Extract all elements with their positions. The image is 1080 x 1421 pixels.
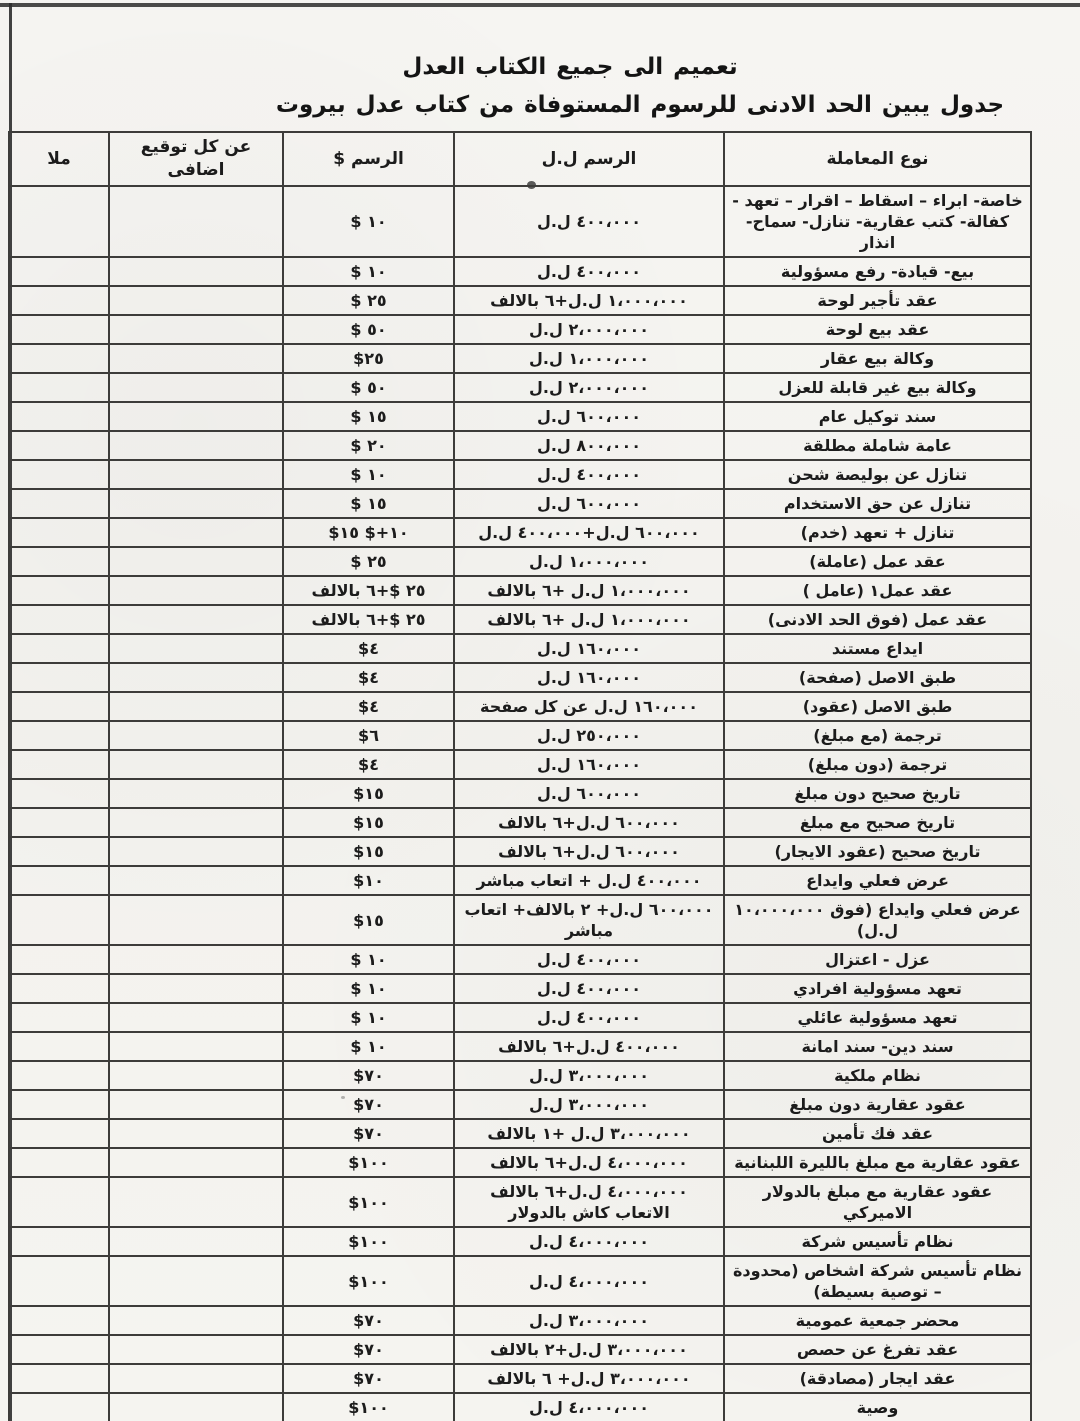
cell-transaction-type: عقود عقارية مع مبلغ بالليرة اللبنانية: [724, 1148, 1031, 1177]
cell-notes: [9, 1306, 109, 1335]
fee-usd-amount: $ ٢٥: [350, 291, 386, 310]
cell-transaction-type: عقد ايجار (مصادقة): [724, 1364, 1031, 1393]
table-row: عقود عقارية مع مبلغ بالدولار الاميركي ٤،…: [9, 1177, 1031, 1227]
fee-usd-amount: $ ٢٥: [389, 610, 425, 629]
table-row: عقد عمل١ (عامل ) ١،٠٠٠،٠٠٠ ل.ل +٦ بالالف…: [9, 576, 1031, 605]
table-row: تنازل + تعهد (خدم) ٦٠٠،٠٠٠ ل.ل+٤٠٠،٠٠٠ ل…: [9, 518, 1031, 547]
table-row: نظام تأسيس شركة اشخاص (محدودة – توصية بس…: [9, 1256, 1031, 1306]
table-row: ايداع مستند ١٦٠،٠٠٠ ل.ل $٤: [9, 634, 1031, 663]
cell-transaction-type: طبق الاصل (عقود): [724, 692, 1031, 721]
cell-notes: [9, 1061, 109, 1090]
fee-usd-amount: $١٥: [353, 813, 384, 832]
cell-fee-usd: $ ٢٥: [283, 547, 454, 576]
cell-fee-usd: $١٠٠: [283, 1177, 454, 1227]
cell-extra-signature: [109, 402, 283, 431]
cell-extra-signature: [109, 750, 283, 779]
cell-fee-ll: ١٦٠،٠٠٠ ل.ل: [454, 663, 724, 692]
cell-notes: [9, 1227, 109, 1256]
table-row: سند دين- سند امانة ٤٠٠،٠٠٠ ل.ل+٦ بالالف …: [9, 1032, 1031, 1061]
page-subtitle: جدول يبين الحد الادنى للرسوم المستوفاة م…: [200, 92, 1080, 118]
cell-fee-usd: $١٥: [283, 808, 454, 837]
cell-fee-ll: ٢،٠٠٠،٠٠٠ ل.ل: [454, 373, 724, 402]
fee-usd-amount: $ ١٠: [350, 212, 386, 231]
table-row: عقد عمل (فوق الحد الادنى) ١،٠٠٠،٠٠٠ ل.ل …: [9, 605, 1031, 634]
cell-extra-signature: [109, 1148, 283, 1177]
table-row: عقود عقارية مع مبلغ بالليرة اللبنانية ٤،…: [9, 1148, 1031, 1177]
table-row: عقد عمل (عاملة) ١،٠٠٠،٠٠٠ ل.ل $ ٢٥: [9, 547, 1031, 576]
cell-transaction-type: ترجمة (دون مبلغ): [724, 750, 1031, 779]
cell-extra-signature: [109, 1061, 283, 1090]
cell-fee-ll: ٣،٠٠٠،٠٠٠ ل.ل+٢ بالالف: [454, 1335, 724, 1364]
cell-extra-signature: [109, 344, 283, 373]
table-row: عامة شاملة مطلقة ٨٠٠،٠٠٠ ل.ل $ ٢٠: [9, 431, 1031, 460]
fee-usd-amount: $ ٥٠: [350, 320, 386, 339]
cell-notes: [9, 1148, 109, 1177]
cell-fee-ll: ٦٠٠،٠٠٠ ل.ل: [454, 489, 724, 518]
cell-transaction-type: وكالة بيع عقار: [724, 344, 1031, 373]
cell-extra-signature: [109, 837, 283, 866]
cell-extra-signature: [109, 945, 283, 974]
cell-notes: [9, 373, 109, 402]
cell-notes: [9, 402, 109, 431]
cell-fee-usd: $٧٠: [283, 1119, 454, 1148]
fee-usd-extra: +٦ بالالف: [312, 581, 390, 600]
cell-notes: [9, 945, 109, 974]
cell-fee-ll: ٦٠٠،٠٠٠ ل.ل: [454, 402, 724, 431]
cell-fee-usd: $ ١٥: [283, 489, 454, 518]
cell-extra-signature: [109, 1227, 283, 1256]
cell-notes: [9, 576, 109, 605]
cell-fee-ll: ٣،٠٠٠،٠٠٠ ل.ل+ ٦ بالالف: [454, 1364, 724, 1393]
cell-extra-signature: [109, 431, 283, 460]
cell-transaction-type: تاريخ صحيح (عقود الايجار): [724, 837, 1031, 866]
table-row: تعهد مسؤولية عائلي ٤٠٠،٠٠٠ ل.ل $ ١٠: [9, 1003, 1031, 1032]
cell-fee-usd: $ ٥٠: [283, 315, 454, 344]
cell-fee-usd: $١٥: [283, 779, 454, 808]
cell-fee-ll: ٤٠٠،٠٠٠ ل.ل: [454, 186, 724, 257]
cell-fee-ll: ١،٠٠٠،٠٠٠ ل.ل: [454, 547, 724, 576]
cell-transaction-type: تعهد مسؤولية افرادي: [724, 974, 1031, 1003]
cell-fee-usd: $ ١٥: [283, 402, 454, 431]
table-row: وصية ٤،٠٠٠،٠٠٠ ل.ل $١٠٠: [9, 1393, 1031, 1421]
cell-fee-usd: $٧٠: [283, 1061, 454, 1090]
cell-fee-usd: $ ١٠: [283, 974, 454, 1003]
cell-fee-ll: ١٦٠،٠٠٠ ل.ل عن كل صفحة: [454, 692, 724, 721]
cell-extra-signature: [109, 1364, 283, 1393]
cell-transaction-type: وكالة بيع غير قابلة للعزل: [724, 373, 1031, 402]
cell-notes: [9, 1003, 109, 1032]
col-header-fee-usd: الرسم $: [283, 132, 454, 186]
table-row: نظام ملكية ٣،٠٠٠،٠٠٠ ل.ل $٧٠: [9, 1061, 1031, 1090]
table-row: نظام تأسيس شركة ٤،٠٠٠،٠٠٠ ل.ل $١٠٠: [9, 1227, 1031, 1256]
scanned-document-page: تعميم الى جميع الكتاب العدل جدول يبين ال…: [0, 0, 1080, 1421]
cell-transaction-type: نظام تأسيس شركة اشخاص (محدودة – توصية بس…: [724, 1256, 1031, 1306]
cell-fee-ll: ٦٠٠،٠٠٠ ل.ل+٦ بالالف: [454, 808, 724, 837]
cell-fee-usd: $ ٥٠: [283, 373, 454, 402]
table-row: عقد ايجار (مصادقة) ٣،٠٠٠،٠٠٠ ل.ل+ ٦ بالا…: [9, 1364, 1031, 1393]
cell-fee-ll: ٤٠٠،٠٠٠ ل.ل + اتعاب مباشر: [454, 866, 724, 895]
cell-extra-signature: [109, 518, 283, 547]
cell-fee-ll: ٦٠٠،٠٠٠ ل.ل+٦ بالالف: [454, 837, 724, 866]
cell-extra-signature: [109, 895, 283, 945]
cell-fee-ll: ٤،٠٠٠،٠٠٠ ل.ل: [454, 1227, 724, 1256]
page-top-border: [0, 3, 1080, 7]
cell-transaction-type: نظام تأسيس شركة: [724, 1227, 1031, 1256]
col-header-transaction-type: نوع المعاملة: [724, 132, 1031, 186]
fee-usd-amount: $٤: [358, 668, 379, 687]
cell-fee-ll: ٤،٠٠٠،٠٠٠ ل.ل+٦ بالالف الاتعاب كاش بالدو…: [454, 1177, 724, 1227]
fee-usd-amount: $٢٥: [353, 349, 384, 368]
cell-extra-signature: [109, 186, 283, 257]
table-row: تاريخ صحيح (عقود الايجار) ٦٠٠،٠٠٠ ل.ل+٦ …: [9, 837, 1031, 866]
cell-notes: [9, 1119, 109, 1148]
cell-fee-ll: ١،٠٠٠،٠٠٠ ل.ل: [454, 344, 724, 373]
table-row: طبق الاصل (صفحة) ١٦٠،٠٠٠ ل.ل $٤: [9, 663, 1031, 692]
fee-usd-extra: +٦ بالالف: [312, 610, 390, 629]
cell-transaction-type: سند توكيل عام: [724, 402, 1031, 431]
cell-extra-signature: [109, 1032, 283, 1061]
cell-extra-signature: [109, 373, 283, 402]
cell-notes: [9, 257, 109, 286]
fee-usd-amount: $١٠٠: [348, 1398, 388, 1417]
cell-notes: [9, 186, 109, 257]
cell-fee-usd: $١٠+$ ١٥: [283, 518, 454, 547]
table-row: تاريخ صحيح مع مبلغ ٦٠٠،٠٠٠ ل.ل+٦ بالالف …: [9, 808, 1031, 837]
cell-fee-usd: $٧٠: [283, 1335, 454, 1364]
cell-extra-signature: [109, 547, 283, 576]
fee-usd-amount: $٦: [358, 726, 379, 745]
cell-extra-signature: [109, 460, 283, 489]
cell-notes: [9, 779, 109, 808]
cell-notes: [9, 518, 109, 547]
table-row: عقد فك تأمين ٣،٠٠٠،٠٠٠ ل.ل +١ بالالف $٧٠: [9, 1119, 1031, 1148]
cell-notes: [9, 1177, 109, 1227]
cell-fee-ll: ٣،٠٠٠،٠٠٠ ل.ل: [454, 1306, 724, 1335]
cell-fee-usd: $١٠٠: [283, 1148, 454, 1177]
fee-usd-amount: $١٥: [353, 842, 384, 861]
fee-usd-amount: $٧٠: [353, 1311, 384, 1330]
cell-fee-usd: $ ١٠: [283, 1003, 454, 1032]
cell-notes: [9, 286, 109, 315]
cell-fee-ll: ٢٥٠،٠٠٠ ل.ل: [454, 721, 724, 750]
cell-fee-usd: $٤: [283, 692, 454, 721]
cell-extra-signature: [109, 1090, 283, 1119]
cell-transaction-type: عزل - اعتزال: [724, 945, 1031, 974]
cell-transaction-type: عقود عقارية مع مبلغ بالدولار الاميركي: [724, 1177, 1031, 1227]
cell-transaction-type: تاريخ صحيح دون مبلغ: [724, 779, 1031, 808]
cell-fee-usd: $١٠٠: [283, 1227, 454, 1256]
cell-extra-signature: [109, 605, 283, 634]
cell-extra-signature: [109, 663, 283, 692]
table-row: تاريخ صحيح دون مبلغ ٦٠٠،٠٠٠ ل.ل $١٥: [9, 779, 1031, 808]
fee-usd-amount: $٧٠: [353, 1066, 384, 1085]
cell-notes: [9, 866, 109, 895]
cell-fee-usd: $٤: [283, 750, 454, 779]
table-row: خاصة- ابراء – اسقاط – اقرار – تعهد - كفا…: [9, 186, 1031, 257]
table-row: ترجمة (دون مبلغ) ١٦٠،٠٠٠ ل.ل $٤: [9, 750, 1031, 779]
cell-notes: [9, 489, 109, 518]
fee-usd-amount: $١٠: [353, 871, 384, 890]
cell-fee-ll: ٤،٠٠٠،٠٠٠ ل.ل: [454, 1393, 724, 1421]
cell-notes: [9, 344, 109, 373]
cell-fee-ll: ٨٠٠،٠٠٠ ل.ل: [454, 431, 724, 460]
cell-transaction-type: ترجمة (مع مبلغ): [724, 721, 1031, 750]
cell-fee-ll: ١٦٠،٠٠٠ ل.ل: [454, 750, 724, 779]
cell-extra-signature: [109, 634, 283, 663]
cell-notes: [9, 1032, 109, 1061]
page-title: تعميم الى جميع الكتاب العدل: [60, 54, 1080, 80]
cell-extra-signature: [109, 1256, 283, 1306]
cell-transaction-type: عقود عقارية دون مبلغ: [724, 1090, 1031, 1119]
cell-notes: [9, 721, 109, 750]
cell-fee-ll: ٦٠٠،٠٠٠ ل.ل+٤٠٠،٠٠٠ ل.ل: [454, 518, 724, 547]
cell-transaction-type: خاصة- ابراء – اسقاط – اقرار – تعهد - كفا…: [724, 186, 1031, 257]
cell-fee-ll: ٤،٠٠٠،٠٠٠ ل.ل: [454, 1256, 724, 1306]
fee-usd-amount: $ ١٥: [350, 407, 386, 426]
cell-notes: [9, 692, 109, 721]
col-header-fee-ll: الرسم ل.ل: [454, 132, 724, 186]
cell-fee-ll: ٦٠٠،٠٠٠ ل.ل+ ٢ بالالف+ اتعاب مباشر: [454, 895, 724, 945]
fee-usd-amount: $ ١٠: [350, 1008, 386, 1027]
cell-fee-usd: $٧٠: [283, 1090, 454, 1119]
cell-fee-usd: $ ١٠: [283, 186, 454, 257]
cell-extra-signature: [109, 779, 283, 808]
cell-extra-signature: [109, 489, 283, 518]
cell-fee-usd: $ ١٠: [283, 945, 454, 974]
fee-usd-amount: $١٠٠: [348, 1272, 388, 1291]
fee-usd-amount: $ ١٠: [350, 950, 386, 969]
cell-transaction-type: عقد فك تأمين: [724, 1119, 1031, 1148]
cell-transaction-type: عقد عمل (عاملة): [724, 547, 1031, 576]
cell-notes: [9, 895, 109, 945]
cell-fee-ll: ٢،٠٠٠،٠٠٠ ل.ل: [454, 315, 724, 344]
cell-fee-usd: $١٥: [283, 837, 454, 866]
fee-usd-amount: $ ٢٥: [350, 552, 386, 571]
cell-fee-ll: ١،٠٠٠،٠٠٠ ل.ل+٦ بالالف: [454, 286, 724, 315]
fee-usd-amount: $٧٠: [353, 1124, 384, 1143]
cell-extra-signature: [109, 721, 283, 750]
table-row: عزل - اعتزال ٤٠٠،٠٠٠ ل.ل $ ١٠: [9, 945, 1031, 974]
cell-transaction-type: تاريخ صحيح مع مبلغ: [724, 808, 1031, 837]
cell-notes: [9, 1364, 109, 1393]
table-row: تعهد مسؤولية افرادي ٤٠٠،٠٠٠ ل.ل $ ١٠: [9, 974, 1031, 1003]
cell-fee-usd: $٤: [283, 663, 454, 692]
cell-fee-ll: ٤٠٠،٠٠٠ ل.ل: [454, 257, 724, 286]
cell-notes: [9, 605, 109, 634]
table-row: محضر جمعية عمومية ٣،٠٠٠،٠٠٠ ل.ل $٧٠: [9, 1306, 1031, 1335]
fee-usd-amount: $٧٠: [353, 1369, 384, 1388]
cell-notes: [9, 1393, 109, 1421]
cell-extra-signature: [109, 1335, 283, 1364]
cell-notes: [9, 634, 109, 663]
table-row: عقد بيع لوحة ٢،٠٠٠،٠٠٠ ل.ل $ ٥٠: [9, 315, 1031, 344]
cell-extra-signature: [109, 1393, 283, 1421]
table-row: عقد تأجير لوحة ١،٠٠٠،٠٠٠ ل.ل+٦ بالالف $ …: [9, 286, 1031, 315]
cell-fee-usd: $ ١٠: [283, 257, 454, 286]
cell-transaction-type: عقد تأجير لوحة: [724, 286, 1031, 315]
cell-fee-ll: ٤٠٠،٠٠٠ ل.ل: [454, 1003, 724, 1032]
fee-usd-amount: $١٠٠: [348, 1153, 388, 1172]
cell-transaction-type: عرض فعلي وايداع (فوق ١٠،٠٠٠،٠٠٠ ل.ل): [724, 895, 1031, 945]
cell-fee-ll: ٣،٠٠٠،٠٠٠ ل.ل: [454, 1061, 724, 1090]
cell-notes: [9, 1335, 109, 1364]
cell-transaction-type: محضر جمعية عمومية: [724, 1306, 1031, 1335]
cell-transaction-type: عرض فعلي وايداع: [724, 866, 1031, 895]
fee-usd-amount: $ ٢٥: [389, 581, 425, 600]
cell-fee-ll: ٣،٠٠٠،٠٠٠ ل.ل: [454, 1090, 724, 1119]
table-row: عقود عقارية دون مبلغ ٣،٠٠٠،٠٠٠ ل.ل $٧٠: [9, 1090, 1031, 1119]
cell-fee-usd: $ ١٠: [283, 1032, 454, 1061]
cell-fee-usd: $٢٥: [283, 344, 454, 373]
cell-transaction-type: عقد بيع لوحة: [724, 315, 1031, 344]
table-row: عرض فعلي وايداع ٤٠٠،٠٠٠ ل.ل + اتعاب مباش…: [9, 866, 1031, 895]
table-row: تنازل عن حق الاستخدام ٦٠٠،٠٠٠ ل.ل $ ١٥: [9, 489, 1031, 518]
cell-transaction-type: وصية: [724, 1393, 1031, 1421]
cell-extra-signature: [109, 808, 283, 837]
cell-fee-usd: $٧٠: [283, 1306, 454, 1335]
cell-transaction-type: سند دين- سند امانة: [724, 1032, 1031, 1061]
fee-usd-amount: $ ٥٠: [350, 378, 386, 397]
table-row: عقد تفرغ عن حصص ٣،٠٠٠،٠٠٠ ل.ل+٢ بالالف $…: [9, 1335, 1031, 1364]
fee-usd-amount: $١٥: [353, 911, 384, 930]
cell-fee-ll: ١،٠٠٠،٠٠٠ ل.ل +٦ بالالف: [454, 576, 724, 605]
cell-fee-usd: $٦: [283, 721, 454, 750]
cell-fee-ll: ١،٠٠٠،٠٠٠ ل.ل +٦ بالالف: [454, 605, 724, 634]
col-header-notes: ملا: [9, 132, 109, 186]
cell-notes: [9, 663, 109, 692]
table-row: وكالة بيع عقار ١،٠٠٠،٠٠٠ ل.ل $٢٥: [9, 344, 1031, 373]
table-row: سند توكيل عام ٦٠٠،٠٠٠ ل.ل $ ١٥: [9, 402, 1031, 431]
cell-fee-ll: ٤،٠٠٠،٠٠٠ ل.ل+٦ بالالف: [454, 1148, 724, 1177]
table-row: بيع- قيادة- رفع مسؤولية ٤٠٠،٠٠٠ ل.ل $ ١٠: [9, 257, 1031, 286]
cell-fee-ll: ٤٠٠،٠٠٠ ل.ل: [454, 460, 724, 489]
fee-usd-amount: $٤: [358, 697, 379, 716]
cell-notes: [9, 974, 109, 1003]
fees-table: نوع المعاملة الرسم ل.ل الرسم $ عن كل توق…: [8, 131, 1032, 1421]
cell-extra-signature: [109, 974, 283, 1003]
cell-transaction-type: ايداع مستند: [724, 634, 1031, 663]
fee-usd-amount: $ ١٠: [350, 1037, 386, 1056]
cell-notes: [9, 460, 109, 489]
table-header-row: نوع المعاملة الرسم ل.ل الرسم $ عن كل توق…: [9, 132, 1031, 186]
fee-usd-amount: $٤: [358, 639, 379, 658]
cell-fee-ll: ٣،٠٠٠،٠٠٠ ل.ل +١ بالالف: [454, 1119, 724, 1148]
cell-fee-usd: $ ٢٥+٦ بالالف: [283, 576, 454, 605]
cell-fee-usd: $ ٢٥: [283, 286, 454, 315]
cell-fee-usd: $١٠٠: [283, 1393, 454, 1421]
table-row: تنازل عن بوليصة شحن ٤٠٠،٠٠٠ ل.ل $ ١٠: [9, 460, 1031, 489]
cell-fee-ll: ٤٠٠،٠٠٠ ل.ل: [454, 945, 724, 974]
table-row: ترجمة (مع مبلغ) ٢٥٠،٠٠٠ ل.ل $٦: [9, 721, 1031, 750]
cell-notes: [9, 315, 109, 344]
cell-fee-usd: $٤: [283, 634, 454, 663]
cell-transaction-type: تنازل عن بوليصة شحن: [724, 460, 1031, 489]
cell-extra-signature: [109, 692, 283, 721]
col-header-extra-signature: عن كل توقيع اضافى: [109, 132, 283, 186]
cell-notes: [9, 1090, 109, 1119]
cell-fee-usd: $ ٢٠: [283, 431, 454, 460]
table-row: طبق الاصل (عقود) ١٦٠،٠٠٠ ل.ل عن كل صفحة …: [9, 692, 1031, 721]
cell-transaction-type: بيع- قيادة- رفع مسؤولية: [724, 257, 1031, 286]
fee-usd-amount: $٧٠: [353, 1095, 384, 1114]
fee-usd-amount: $ ١٠: [350, 262, 386, 281]
cell-transaction-type: عقد عمل١ (عامل ): [724, 576, 1031, 605]
cell-fee-usd: $١٠٠: [283, 1256, 454, 1306]
cell-transaction-type: تعهد مسؤولية عائلي: [724, 1003, 1031, 1032]
fee-usd-amount: $ ١٠: [350, 979, 386, 998]
cell-notes: [9, 1256, 109, 1306]
fee-usd-amount: $ ١٥: [350, 494, 386, 513]
cell-extra-signature: [109, 257, 283, 286]
cell-notes: [9, 750, 109, 779]
cell-fee-usd: $٧٠: [283, 1364, 454, 1393]
cell-fee-usd: $١٠: [283, 866, 454, 895]
cell-notes: [9, 431, 109, 460]
cell-extra-signature: [109, 1306, 283, 1335]
cell-fee-ll: ٤٠٠،٠٠٠ ل.ل: [454, 974, 724, 1003]
cell-fee-ll: ١٦٠،٠٠٠ ل.ل: [454, 634, 724, 663]
cell-extra-signature: [109, 286, 283, 315]
cell-fee-ll: ٤٠٠،٠٠٠ ل.ل+٦ بالالف: [454, 1032, 724, 1061]
cell-fee-usd: $١٥: [283, 895, 454, 945]
fee-usd-amount: $١٥: [353, 784, 384, 803]
cell-fee-ll: ٦٠٠،٠٠٠ ل.ل: [454, 779, 724, 808]
cell-extra-signature: [109, 1119, 283, 1148]
fee-usd-amount: $١٠+$ ١٥: [328, 523, 408, 542]
cell-transaction-type: تنازل عن حق الاستخدام: [724, 489, 1031, 518]
cell-notes: [9, 547, 109, 576]
cell-extra-signature: [109, 315, 283, 344]
cell-fee-usd: $ ٢٥+٦ بالالف: [283, 605, 454, 634]
fee-usd-amount: $ ١٠: [350, 465, 386, 484]
table-row: عرض فعلي وايداع (فوق ١٠،٠٠٠،٠٠٠ ل.ل) ٦٠٠…: [9, 895, 1031, 945]
cell-transaction-type: عقد عمل (فوق الحد الادنى): [724, 605, 1031, 634]
cell-transaction-type: نظام ملكية: [724, 1061, 1031, 1090]
cell-extra-signature: [109, 1177, 283, 1227]
cell-transaction-type: تنازل + تعهد (خدم): [724, 518, 1031, 547]
fee-usd-amount: $ ٢٠: [350, 436, 386, 455]
fee-usd-amount: $٧٠: [353, 1340, 384, 1359]
cell-notes: [9, 808, 109, 837]
cell-transaction-type: عقد تفرغ عن حصص: [724, 1335, 1031, 1364]
table-row: وكالة بيع غير قابلة للعزل ٢،٠٠٠،٠٠٠ ل.ل …: [9, 373, 1031, 402]
fee-usd-amount: $١٠٠: [348, 1232, 388, 1251]
cell-extra-signature: [109, 1003, 283, 1032]
fee-usd-amount: $١٠٠: [348, 1193, 388, 1212]
cell-transaction-type: عامة شاملة مطلقة: [724, 431, 1031, 460]
fee-usd-amount: $٤: [358, 755, 379, 774]
cell-fee-usd: $ ١٠: [283, 460, 454, 489]
cell-extra-signature: [109, 866, 283, 895]
cell-notes: [9, 837, 109, 866]
cell-transaction-type: طبق الاصل (صفحة): [724, 663, 1031, 692]
cell-extra-signature: [109, 576, 283, 605]
